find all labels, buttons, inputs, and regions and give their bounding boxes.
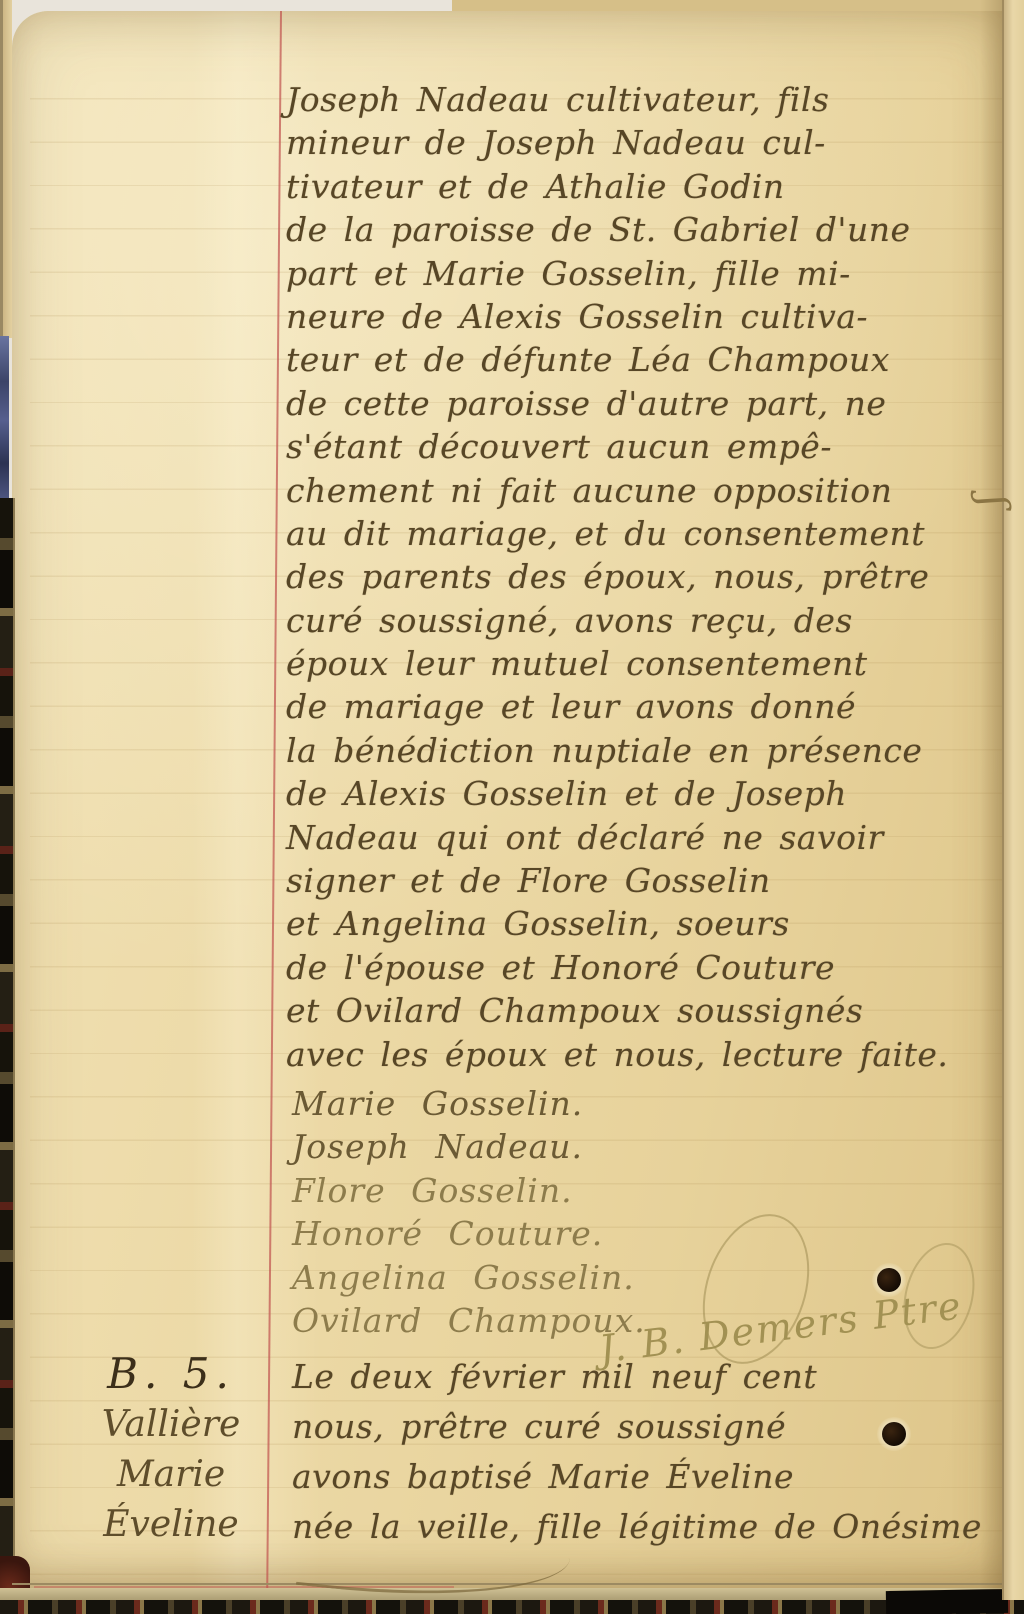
signature: Joseph Nadeau. [292, 1125, 912, 1168]
handwritten-line: la bénédiction nuptiale en présence [286, 729, 996, 772]
handwritten-line: neure de Alexis Gosselin cultiva- [286, 295, 996, 338]
handwritten-line: curé soussigné, avons reçu, des [286, 599, 996, 642]
handwritten-line: avons baptisé Marie Éveline [292, 1452, 1002, 1502]
handwritten-line: de l'épouse et Honoré Couture [286, 946, 996, 989]
handwritten-line: au dit mariage, et du consentement [286, 512, 996, 555]
handwritten-line: s'étant découvert aucun empê- [286, 425, 996, 468]
entry-number: B. 5. [62, 1348, 280, 1400]
page-stack-edge-bottom [0, 1588, 1024, 1600]
handwritten-line: chement ni fait aucune opposition [286, 469, 996, 512]
margin-surname: Vallière [62, 1400, 280, 1450]
handwritten-line: époux leur mutuel consentement [286, 642, 996, 685]
signature: Honoré Couture. [292, 1212, 912, 1255]
handwritten-line: de Alexis Gosselin et de Joseph [286, 772, 996, 815]
handwritten-line: signer et de Flore Gosselin [286, 859, 996, 902]
book-binding-edge-left [0, 498, 15, 1602]
book-edge-bottom [0, 1600, 1024, 1614]
handwritten-line: Joseph Nadeau cultivateur, fils [286, 78, 996, 121]
scanned-register-page: Joseph Nadeau cultivateur, fils mineur d… [0, 0, 1024, 1614]
handwritten-line: tivateur et de Athalie Godin [286, 165, 996, 208]
margin-given-name: Éveline [62, 1500, 280, 1550]
handwritten-line: de cette paroisse d'autre part, ne [286, 382, 996, 425]
signature: Flore Gosselin. [292, 1169, 912, 1212]
marriage-record-text: Joseph Nadeau cultivateur, fils mineur d… [286, 78, 996, 1076]
baptism-margin-note: B. 5. Vallière Marie Éveline [62, 1348, 280, 1550]
handwritten-line: teur et de défunte Léa Champoux [286, 338, 996, 381]
page-edge-paper-top-left [3, 0, 12, 338]
baptism-record-text: Le deux février mil neuf cent nous, prêt… [292, 1352, 1002, 1552]
book-cover-corner-bottom-right [886, 1589, 1008, 1614]
handwritten-line: nous, prêtre curé soussigné [292, 1402, 1002, 1452]
handwritten-line: Le deux février mil neuf cent [292, 1352, 1002, 1402]
handwritten-line: part et Marie Gosselin, fille mi- [286, 252, 996, 295]
handwritten-line: avec les époux et nous, lecture faite. [286, 1033, 996, 1076]
handwritten-line: des parents des époux, nous, prêtre [286, 555, 996, 598]
margin-given-name: Marie [62, 1450, 280, 1500]
blue-page-edge-strip [0, 336, 9, 499]
handwritten-line: de mariage et leur avons donné [286, 685, 996, 728]
handwritten-line: et Ovilard Champoux soussignés [286, 989, 996, 1032]
signature: Angelina Gosselin. [292, 1256, 912, 1299]
handwritten-line: et Angelina Gosselin, soeurs [286, 902, 996, 945]
handwritten-line: Nadeau qui ont déclaré ne savoir [286, 816, 996, 859]
handwritten-line: née la veille, fille légitime de Onésime [292, 1502, 1002, 1552]
handwritten-line: de la paroisse de St. Gabriel d'une [286, 208, 996, 251]
signature: Marie Gosselin. [292, 1082, 912, 1125]
adjacent-page-edge-right [1004, 0, 1024, 1600]
handwritten-line: mineur de Joseph Nadeau cul- [286, 121, 996, 164]
